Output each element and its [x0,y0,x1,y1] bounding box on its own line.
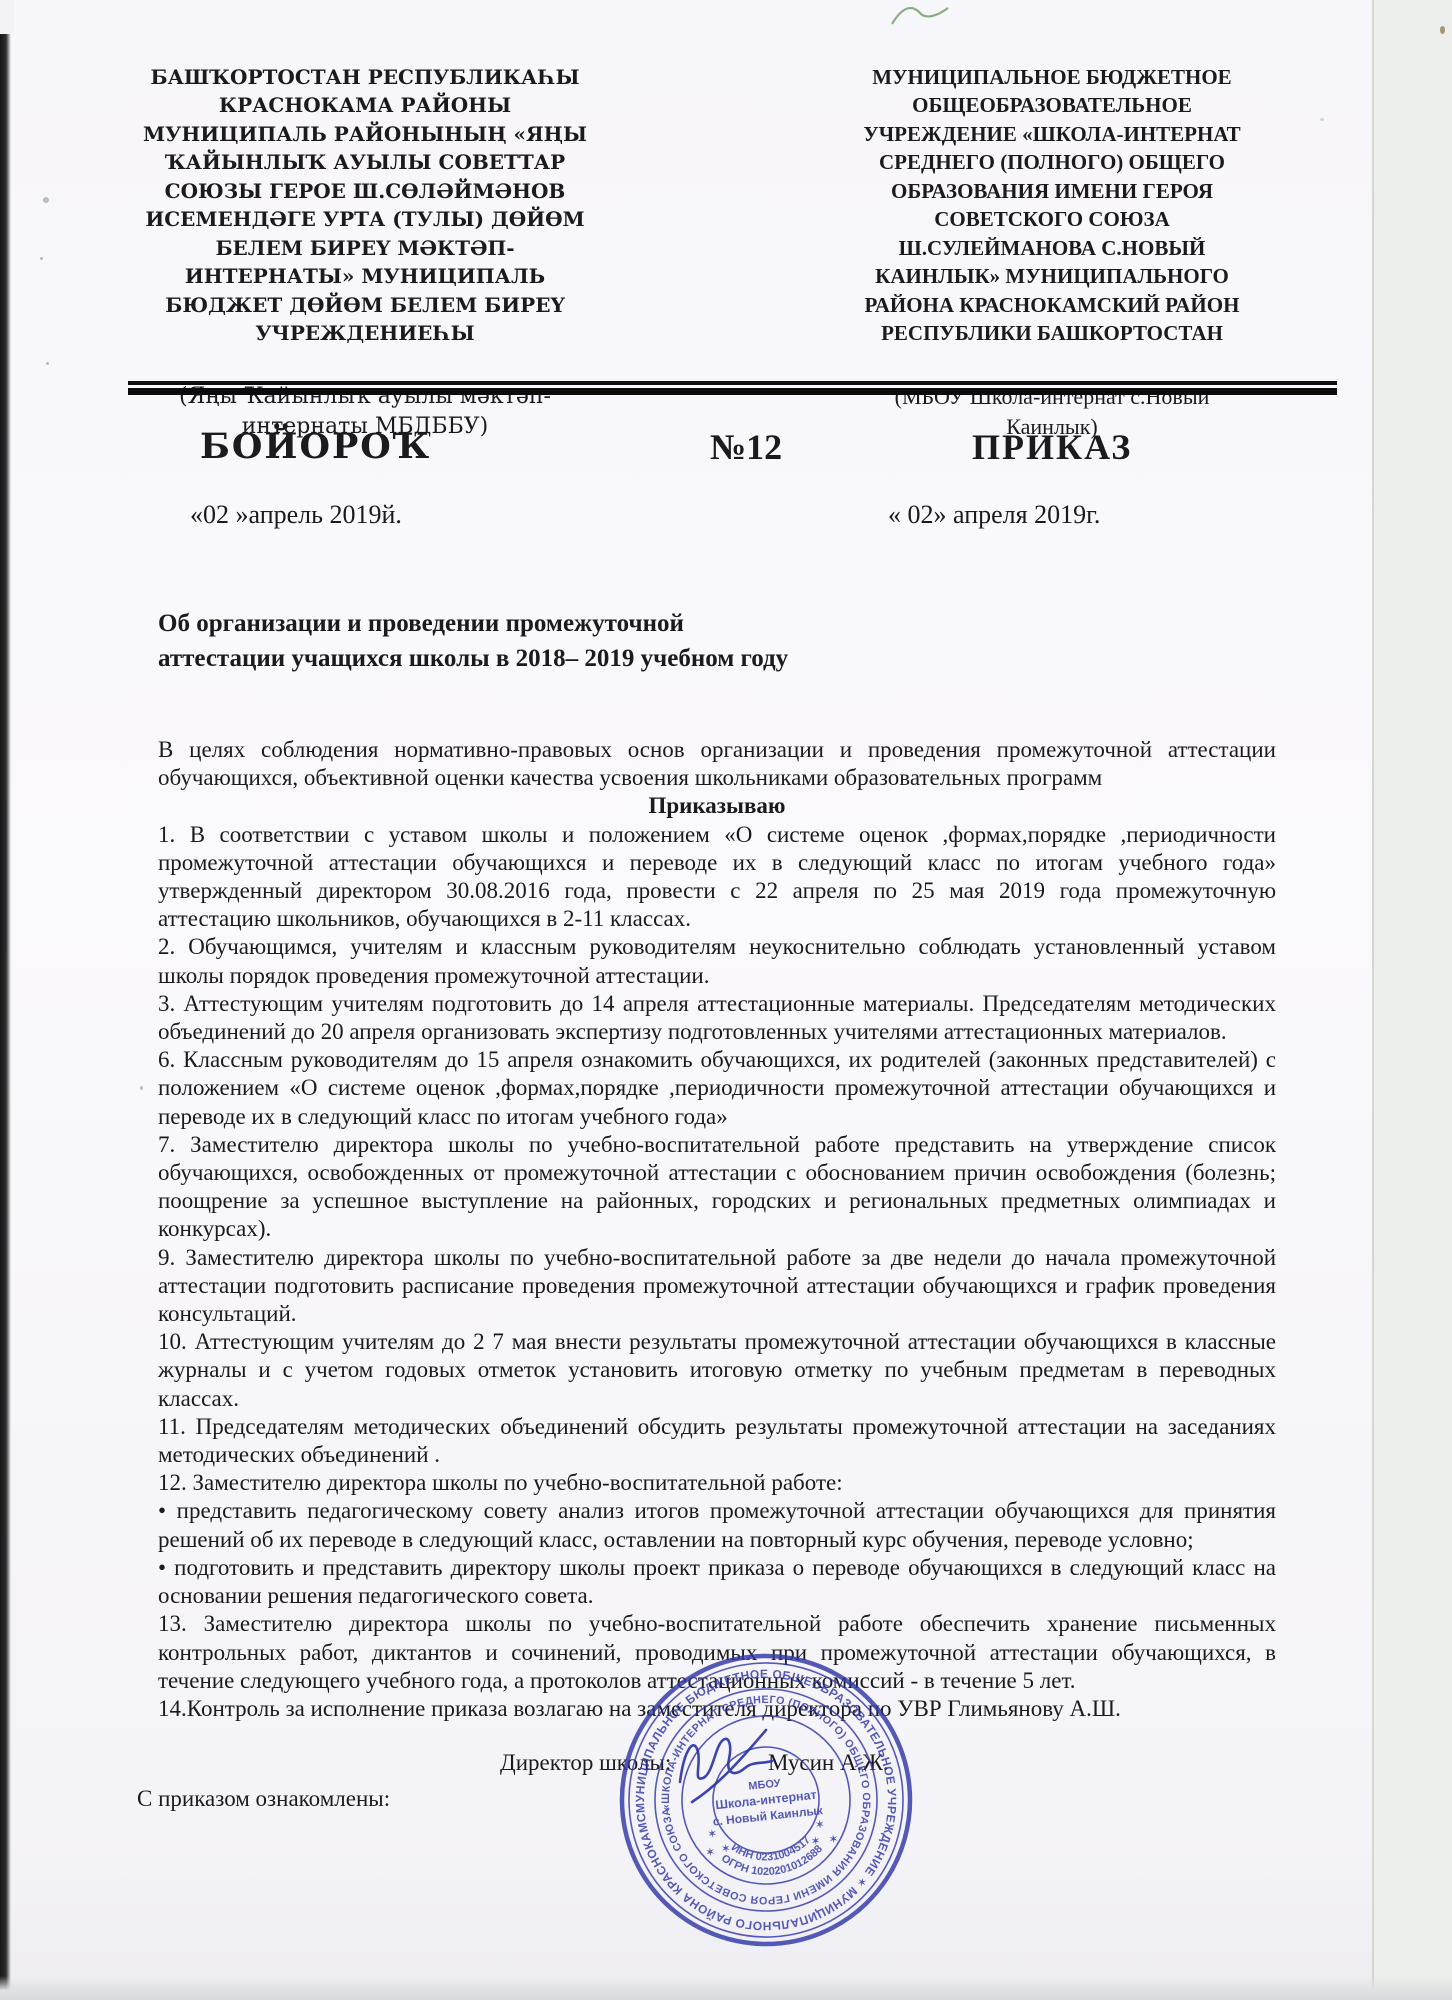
scan-edge-left [0,0,11,2000]
letterhead-right-name: МУНИЦИПАЛЬНОЕ БЮДЖЕТНОЕ ОБЩЕОБРАЗОВАТЕЛЬ… [812,63,1292,348]
decree-word: Приказываю [158,792,1276,820]
order-item: 1. В соответствии с уставом школы и поло… [158,821,1276,934]
intro-paragraph: В целях соблюдения нормативно-правовых о… [158,736,1276,792]
order-item: 7. Заместителю директора школы по учебно… [158,1131,1276,1244]
svg-text:✶: ✶ [828,1832,839,1847]
scan-edge-left-fade [0,0,14,34]
svg-text:✶: ✶ [707,1826,718,1841]
order-number: №12 [710,426,782,468]
order-subject: Об организации и проведении промежуточно… [158,606,1058,676]
order-item: 3. Аттестующим учителям подготовить до 1… [158,990,1276,1046]
scan-edge-right [1372,0,1452,2000]
svg-text:✶: ✶ [704,1845,715,1860]
paper-speck [1320,118,1324,121]
paper-speck [43,197,49,203]
scanned-order-page: БАШҠОРТОСТАН РЕСПУБЛИКАҺЫ КРАСНОКАМА РАЙ… [0,0,1452,2000]
order-title-bashkir: БОЙОРОҠ [200,426,431,467]
signature-autograph [668,1720,818,1808]
letterhead-divider [128,381,1337,395]
order-item: 6. Классным руководителям до 15 апреля о… [158,1046,1276,1131]
paper-speck [46,362,49,365]
green-pen-mark [890,2,952,30]
order-title-russian: ПРИКАЗ [972,426,1132,468]
order-item: 2. Обучающимся, учителям и классным руко… [158,933,1276,989]
acknowledgement-label: С приказом ознакомлены: [137,1786,390,1812]
paper-speck [140,1086,143,1090]
order-date-russian: « 02» апреля 2019г. [888,500,1100,530]
svg-text:✶: ✶ [810,1834,821,1849]
order-item: • подготовить и представить директору шк… [158,1554,1276,1610]
order-item: 12. Заместителю директора школы по учебн… [158,1469,1276,1497]
letterhead-left-name: БАШҠОРТОСТАН РЕСПУБЛИКАҺЫ КРАСНОКАМА РАЙ… [140,63,590,348]
order-item: 9. Заместителю директора школы по учебно… [158,1244,1276,1329]
order-item: • представить педагогическому совету ана… [158,1497,1276,1553]
letterhead-left: БАШҠОРТОСТАН РЕСПУБЛИКАҺЫ КРАСНОКАМА РАЙ… [140,34,590,471]
paper-speck [1440,26,1445,34]
order-body: В целях соблюдения нормативно-правовых о… [158,736,1276,1723]
order-date-bashkir: «02 »апрель 2019й. [190,500,402,530]
svg-text:✶: ✶ [720,1841,731,1856]
letterhead-right: МУНИЦИПАЛЬНОЕ БЮДЖЕТНОЕ ОБЩЕОБРАЗОВАТЕЛЬ… [812,34,1292,471]
order-item: 10. Аттестующим учителям до 2 7 мая внес… [158,1328,1276,1413]
svg-text:✶: ✶ [814,1817,825,1832]
order-item: 11. Председателям методических объединен… [158,1413,1276,1469]
paper-speck [40,257,43,260]
scan-bottom-band [0,1976,1452,2000]
